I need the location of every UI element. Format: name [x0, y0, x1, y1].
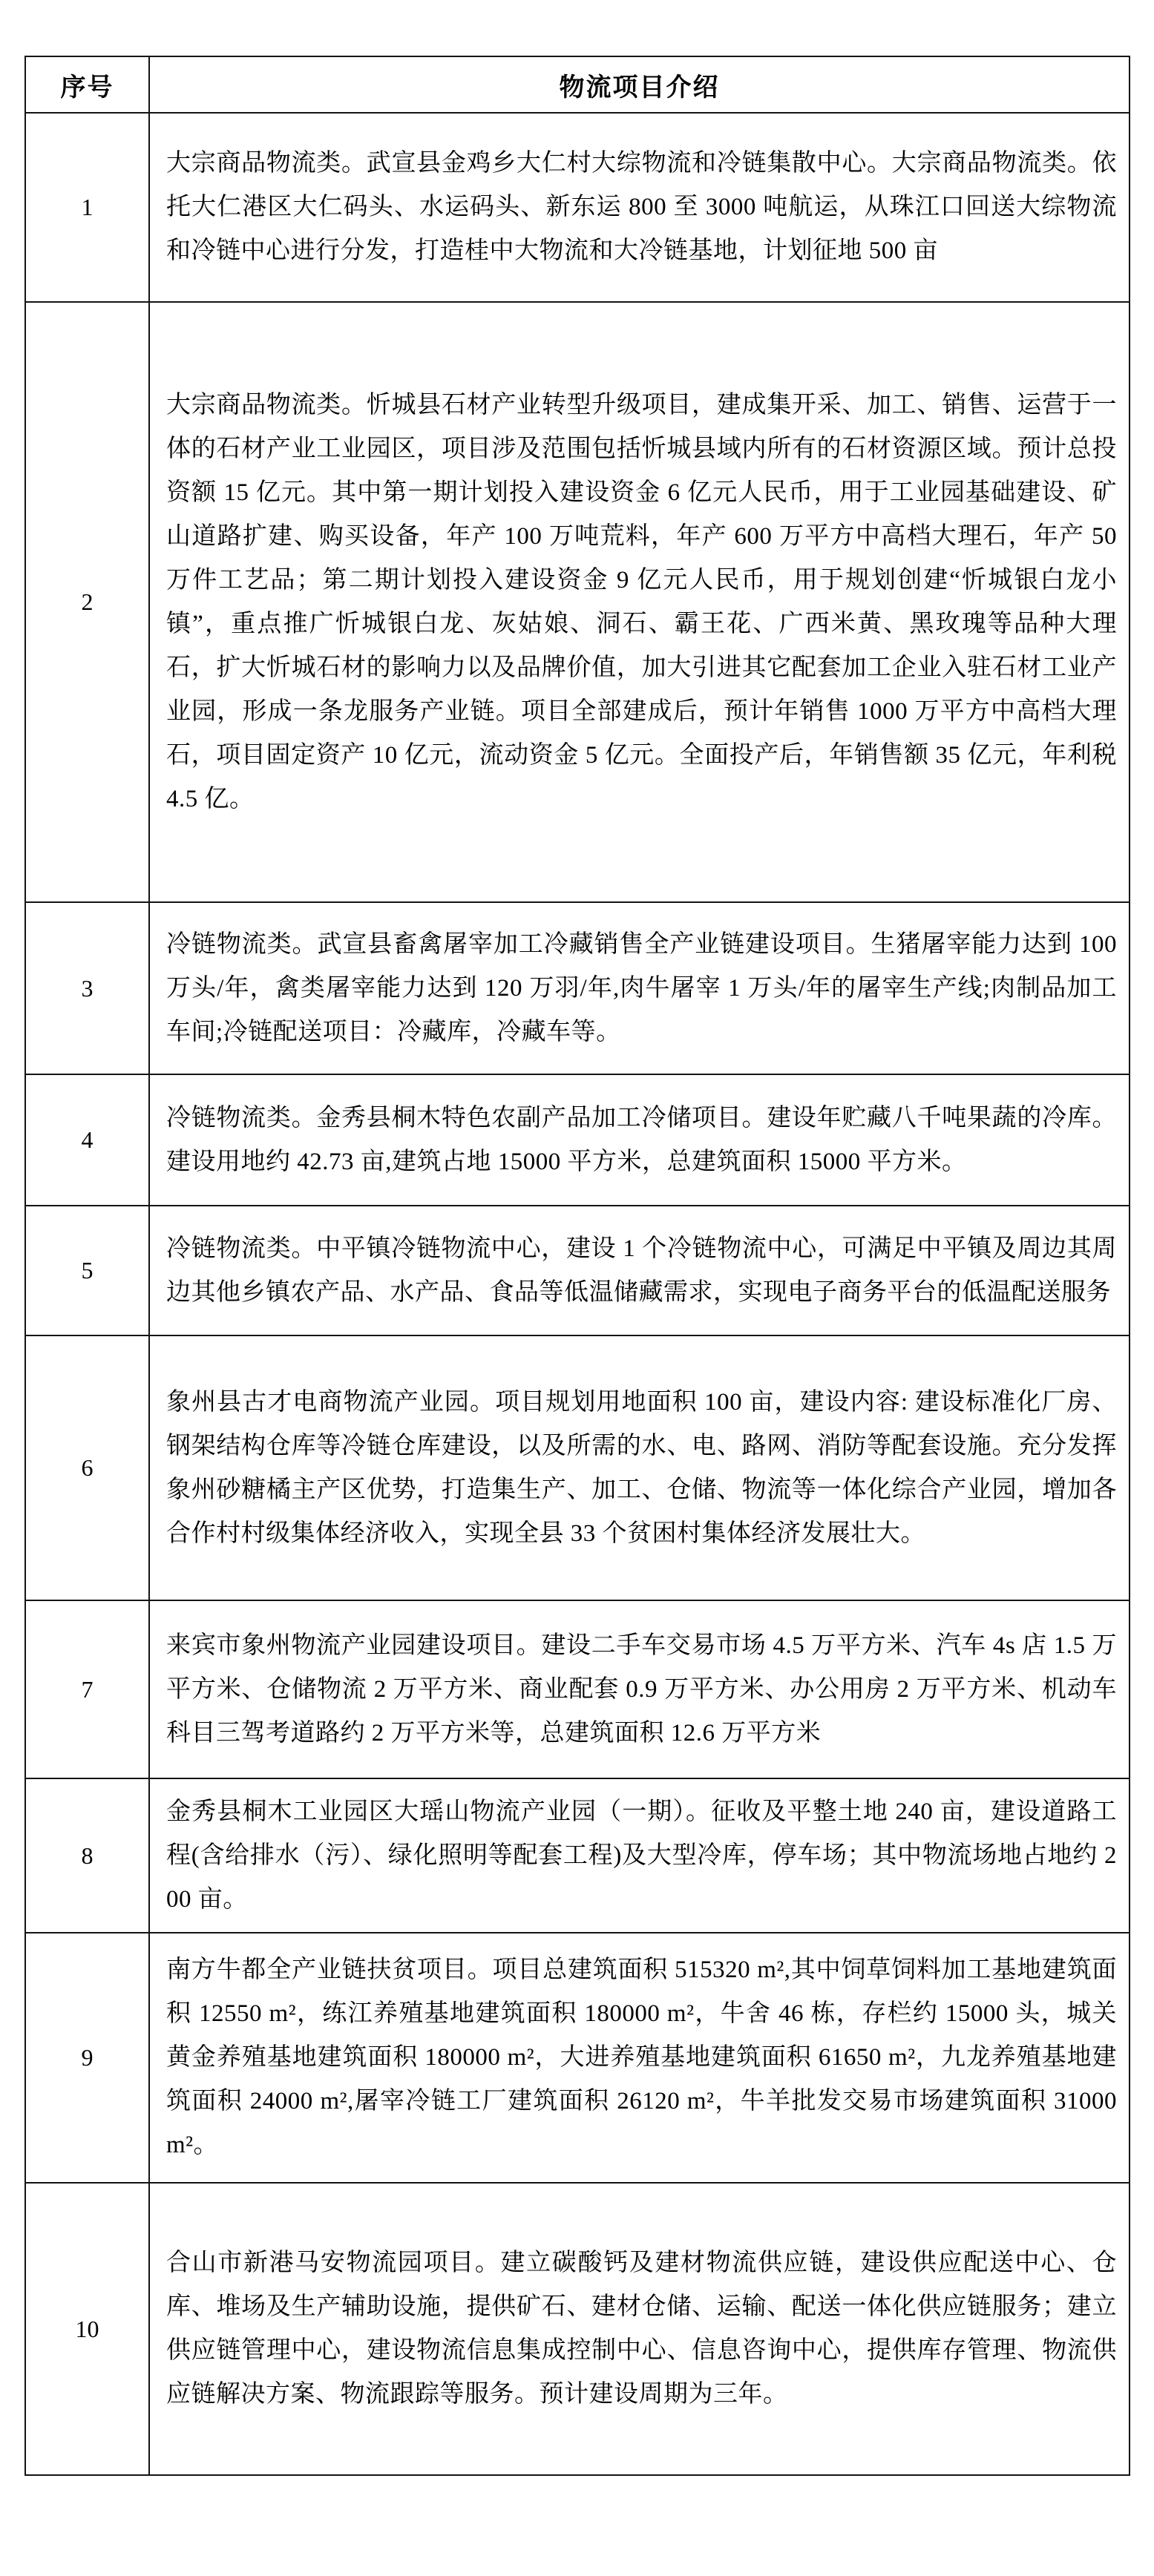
row-number: 7 — [25, 1600, 149, 1778]
table-row: 7 来宾市象州物流产业园建设项目。建设二手车交易市场 4.5 万平方米、汽车 4… — [25, 1600, 1130, 1778]
table-row: 10 合山市新港马安物流园项目。建立碳酸钙及建材物流供应链，建设供应配送中心、仓… — [25, 2183, 1130, 2475]
logistics-projects-table: 序号 物流项目介绍 1 大宗商品物流类。武宣县金鸡乡大仁村大综物流和冷链集散中心… — [24, 56, 1130, 2476]
row-number: 6 — [25, 1335, 149, 1600]
table-body: 1 大宗商品物流类。武宣县金鸡乡大仁村大综物流和冷链集散中心。大宗商品物流类。依… — [25, 113, 1130, 2475]
table-row: 4 冷链物流类。金秀县桐木特色农副产品加工冷储项目。建设年贮藏八千吨果蔬的冷库。… — [25, 1074, 1130, 1206]
row-description: 大宗商品物流类。忻城县石材产业转型升级项目，建成集开采、加工、销售、运营于一体的… — [149, 302, 1130, 902]
table-row: 5 冷链物流类。中平镇冷链物流中心，建设 1 个冷链物流中心，可满足中平镇及周边… — [25, 1206, 1130, 1335]
row-description: 冷链物流类。中平镇冷链物流中心，建设 1 个冷链物流中心，可满足中平镇及周边其周… — [149, 1206, 1130, 1335]
row-description: 冷链物流类。武宣县畜禽屠宰加工冷藏销售全产业链建设项目。生猪屠宰能力达到 100… — [149, 902, 1130, 1074]
table-row: 3 冷链物流类。武宣县畜禽屠宰加工冷藏销售全产业链建设项目。生猪屠宰能力达到 1… — [25, 902, 1130, 1074]
row-description: 金秀县桐木工业园区大瑶山物流产业园（一期）。征收及平整土地 240 亩，建设道路… — [149, 1778, 1130, 1933]
row-description: 来宾市象州物流产业园建设项目。建设二手车交易市场 4.5 万平方米、汽车 4s … — [149, 1600, 1130, 1778]
row-description: 象州县古才电商物流产业园。项目规划用地面积 100 亩，建设内容: 建设标准化厂… — [149, 1335, 1130, 1600]
table-row: 2 大宗商品物流类。忻城县石材产业转型升级项目，建成集开采、加工、销售、运营于一… — [25, 302, 1130, 902]
row-number: 9 — [25, 1933, 149, 2183]
header-cell-project-intro: 物流项目介绍 — [149, 56, 1130, 113]
row-number: 10 — [25, 2183, 149, 2475]
table-header: 序号 物流项目介绍 — [25, 56, 1130, 113]
row-number: 8 — [25, 1778, 149, 1933]
document-page: 序号 物流项目介绍 1 大宗商品物流类。武宣县金鸡乡大仁村大综物流和冷链集散中心… — [0, 0, 1154, 2576]
header-row: 序号 物流项目介绍 — [25, 56, 1130, 113]
table-row: 1 大宗商品物流类。武宣县金鸡乡大仁村大综物流和冷链集散中心。大宗商品物流类。依… — [25, 113, 1130, 302]
row-description: 冷链物流类。金秀县桐木特色农副产品加工冷储项目。建设年贮藏八千吨果蔬的冷库。建设… — [149, 1074, 1130, 1206]
table-row: 8 金秀县桐木工业园区大瑶山物流产业园（一期）。征收及平整土地 240 亩，建设… — [25, 1778, 1130, 1933]
table-row: 9 南方牛都全产业链扶贫项目。项目总建筑面积 515320 m²,其中饲草饲料加… — [25, 1933, 1130, 2183]
row-description: 大宗商品物流类。武宣县金鸡乡大仁村大综物流和冷链集散中心。大宗商品物流类。依托大… — [149, 113, 1130, 302]
row-number: 5 — [25, 1206, 149, 1335]
row-number: 4 — [25, 1074, 149, 1206]
row-description: 合山市新港马安物流园项目。建立碳酸钙及建材物流供应链，建设供应配送中心、仓库、堆… — [149, 2183, 1130, 2475]
table-row: 6 象州县古才电商物流产业园。项目规划用地面积 100 亩，建设内容: 建设标准… — [25, 1335, 1130, 1600]
row-number: 1 — [25, 113, 149, 302]
row-number: 3 — [25, 902, 149, 1074]
header-cell-serial-number: 序号 — [25, 56, 149, 113]
row-description: 南方牛都全产业链扶贫项目。项目总建筑面积 515320 m²,其中饲草饲料加工基… — [149, 1933, 1130, 2183]
row-number: 2 — [25, 302, 149, 902]
